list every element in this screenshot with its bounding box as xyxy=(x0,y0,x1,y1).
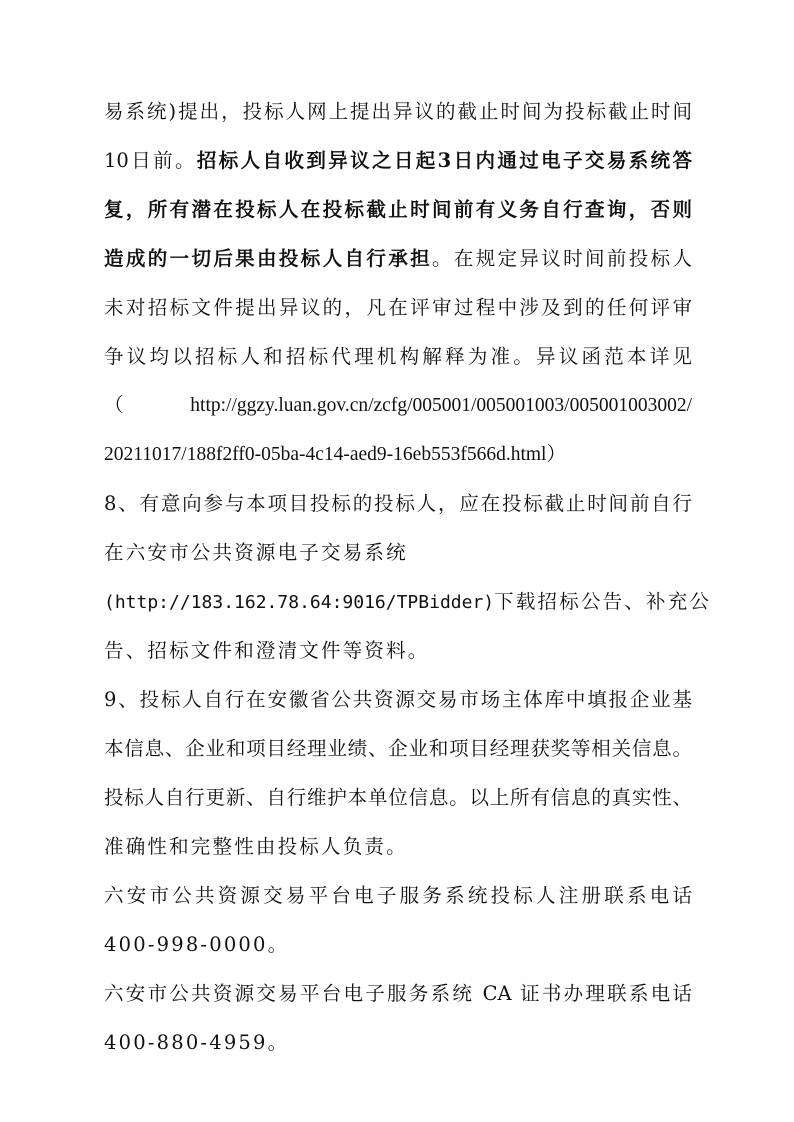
ca-phone-label: 六安市公共资源交易平台电子服务系统 CA 证书办理联系电话 xyxy=(104,982,692,1006)
text-line: 10日前。招标人自收到异议之日起3日内通过电子交易系统答 xyxy=(104,149,692,173)
bold-text-line: 复，所有潜在投标人在投标截止时间前有义务自行查询，否则 xyxy=(104,198,692,222)
document-page: 易系统)提出，投标人网上提出异议的截止时间为投标截止时间 10日前。招标人自收到… xyxy=(0,0,794,1122)
text-line: 在六安市公共资源电子交易系统 xyxy=(104,541,692,565)
text-line: 易系统)提出，投标人网上提出异议的截止时间为投标截止时间 xyxy=(104,100,692,124)
registration-phone-label: 六安市公共资源交易平台电子服务系统投标人注册联系电话 xyxy=(104,884,692,908)
text-line: 投标人自行更新、自行维护本单位信息。以上所有信息的真实性、 xyxy=(104,786,692,810)
text-line: 造成的一切后果由投标人自行承担。在规定异议时间前投标人 xyxy=(104,247,692,271)
text-line: 准确性和完整性由投标人负责。 xyxy=(104,835,692,859)
item-9-line: 9、投标人自行在安徽省公共资源交易市场主体库中填报企业基 xyxy=(104,688,692,712)
item-8-line: 8、有意向参与本项目投标的投标人，应在投标截止时间前自行 xyxy=(104,492,692,516)
bidder-system-link[interactable]: (http://183.162.78.64:9016/TPBidder) xyxy=(104,592,494,613)
text-line: 告、招标文件和澄清文件等资料。 xyxy=(104,639,692,663)
bold-text: 造成的一切后果由投标人自行承担 xyxy=(104,247,432,270)
registration-phone: 400-998-0000。 xyxy=(104,933,692,957)
text-line: 本信息、企业和项目经理业绩、企业和项目经理获奖等相关信息。 xyxy=(104,737,692,761)
objection-template-link-cont[interactable]: 20211017/188f2ff0-05ba-4c14-aed9-16eb553… xyxy=(104,443,692,467)
bold-text: 招标人自收到异议之日起3日内通过电子交易系统答 xyxy=(197,149,692,172)
text-line: 争议均以招标人和招标代理机构解释为准。异议函范本详见 xyxy=(104,345,692,369)
text-line: (http://183.162.78.64:9016/TPBidder)下载招标… xyxy=(104,590,692,615)
ca-phone: 400-880-4959。 xyxy=(104,1031,692,1055)
objection-template-link[interactable]: （ http://ggzy.luan.gov.cn/zcfg/005001/00… xyxy=(104,394,692,418)
text-line: 未对招标文件提出异议的，凡在评审过程中涉及到的任何评审 xyxy=(104,296,692,320)
